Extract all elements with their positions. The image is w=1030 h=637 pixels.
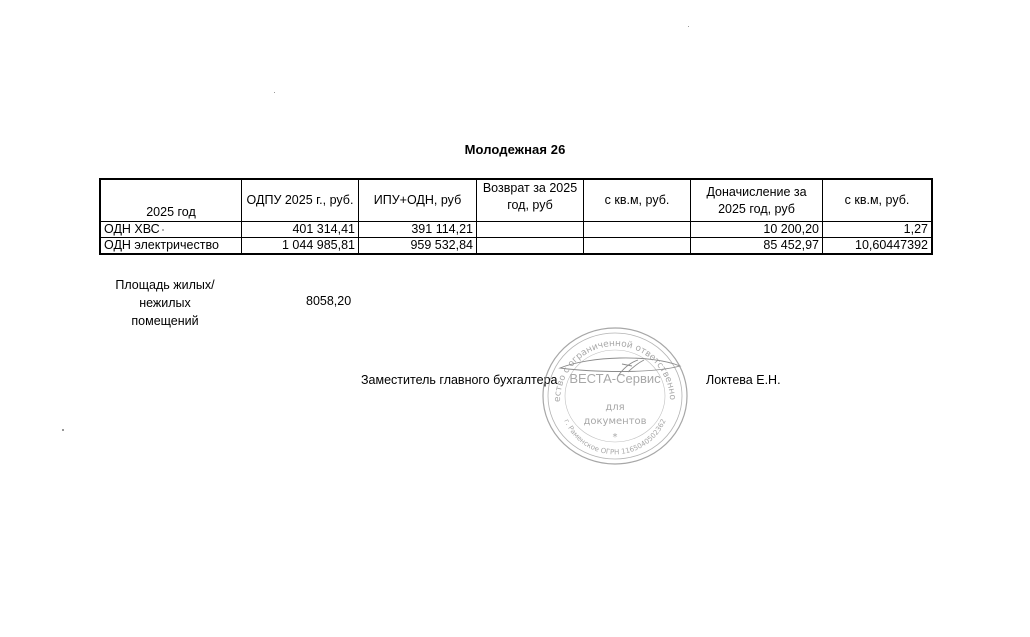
scan-speck [688,26,689,27]
scan-speck [62,429,64,431]
header-surcharge: Доначисление за 2025 год, руб [691,179,823,222]
header-refund-per-sqm: с кв.м, руб. [584,179,691,222]
area-label: Площадь жилых/нежилых помещений [108,276,222,330]
row-odpu: 401 314,41 [242,222,359,238]
stamp-line1: для [605,402,624,413]
signatory-role: Заместитель главного бухгалтера [361,373,558,387]
stamp-star: * [613,432,618,443]
table-row: ОДН электричество 1 044 985,81 959 532,8… [100,238,932,255]
document-title: Молодежная 26 [0,142,1030,157]
table-header-row: 2025 год ОДПУ 2025 г., руб. ИПУ+ОДН, руб… [100,179,932,222]
header-year: 2025 год [100,179,242,222]
header-odpu: ОДПУ 2025 г., руб. [242,179,359,222]
header-ipu-odn: ИПУ+ОДН, руб [359,179,477,222]
area-value: 8058,20 [306,294,351,308]
header-refund: Возврат за 2025 год, руб [477,179,584,222]
row-refund-per-sqm [584,238,691,255]
signatory-name: Локтева Е.Н. [706,373,781,387]
report-table: 2025 год ОДПУ 2025 г., руб. ИПУ+ОДН, руб… [99,178,933,255]
company-stamp: Общество с ограниченной ответственностью… [540,326,690,466]
row-name: ОДН ХВС [100,222,242,238]
row-surcharge-per-sqm: 1,27 [823,222,933,238]
row-refund-per-sqm [584,222,691,238]
row-surcharge-per-sqm: 10,60447392 [823,238,933,255]
row-odpu: 1 044 985,81 [242,238,359,255]
row-surcharge: 85 452,97 [691,238,823,255]
row-name: ОДН электричество [100,238,242,255]
stamp-outer-top-text: Общество с ограниченной ответственностью [540,326,677,402]
header-surcharge-per-sqm: с кв.м, руб. [823,179,933,222]
row-surcharge: 10 200,20 [691,222,823,238]
stamp-core-ring [565,350,665,442]
row-refund [477,238,584,255]
scan-speck [162,229,164,231]
stamp-company-name: ВЕСТА-Сервис [569,371,661,386]
row-ipu-odn: 959 532,84 [359,238,477,255]
scan-speck [274,92,275,93]
table-row: ОДН ХВС 401 314,41 391 114,21 10 200,20 … [100,222,932,238]
row-refund [477,222,584,238]
stamp-line2: документов [583,416,646,427]
row-ipu-odn: 391 114,21 [359,222,477,238]
